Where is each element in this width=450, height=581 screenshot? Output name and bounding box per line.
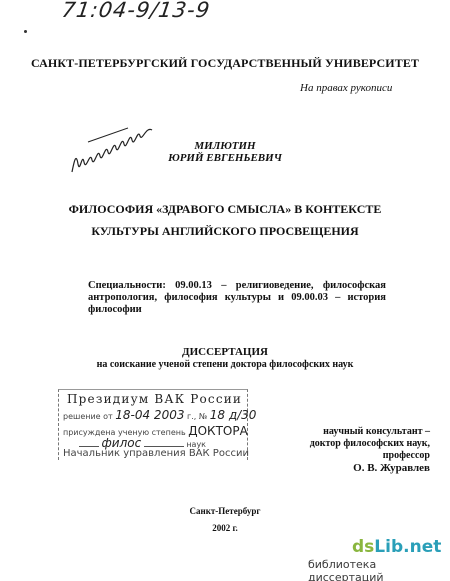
consultant-line-4: О. В. Журавлев [262, 462, 430, 474]
stamp-decision-suffix: г., № [187, 412, 207, 421]
specialties-label: Специальности: [88, 280, 166, 292]
specialty-dash: – [221, 280, 226, 292]
year: 2002 г. [0, 523, 450, 533]
vak-stamp: Президиум ВАК России решение от 18-04 20… [58, 389, 248, 460]
author-surname: МИЛЮТИН [0, 140, 450, 152]
stamp-decision-row: решение от 18-04 2003 г., № 18 д/30 [63, 408, 256, 422]
city: Санкт-Петербург [0, 506, 450, 516]
archive-code: 71:04-9/13-9 [60, 0, 212, 22]
dissertation-title: ФИЛОСОФИЯ «ЗДРАВОГО СМЫСЛА» В КОНТЕКСТЕ … [0, 198, 450, 242]
specialties-line-2: антропология, философия культуры и 09.00… [88, 292, 386, 316]
consultant-line-3: профессор [262, 450, 430, 462]
specialty-word-1: религиоведение, [236, 280, 314, 292]
university-name: САНКТ-ПЕТЕРБУРГСКИЙ ГОСУДАРСТВЕННЫЙ УНИВ… [0, 56, 450, 71]
specialties: Специальности: 09.00.13 – религиоведение… [88, 280, 386, 316]
stamp-title: Президиум ВАК России [67, 392, 242, 406]
watermark-logo-lib: Lib [374, 537, 403, 557]
consultant-block: научный консультант – доктор философских… [262, 426, 430, 474]
title-line-2: КУЛЬТУРЫ АНГЛИЙСКОГО ПРОСВЕЩЕНИЯ [0, 220, 450, 242]
consultant-line-1: научный консультант – [262, 426, 430, 438]
stamp-decision-date: 18-04 2003 [115, 408, 184, 422]
stamp-signatory: Начальник управления ВАК России [63, 448, 249, 459]
watermark-logo-net: .net [403, 537, 441, 557]
rights-note: На правах рукописи [300, 82, 392, 94]
title-line-1: ФИЛОСОФИЯ «ЗДРАВОГО СМЫСЛА» В КОНТЕКСТЕ [0, 198, 450, 220]
watermark-subtitle: библиотека диссертаций [308, 558, 450, 581]
consultant-line-2: доктор философских наук, [262, 438, 430, 450]
author-block: МИЛЮТИН ЮРИЙ ЕВГЕНЬЕВИЧ [0, 140, 450, 164]
watermark-logo-ds: ds [352, 537, 374, 557]
specialties-line-1: Специальности: 09.00.13 – религиоведение… [88, 280, 386, 292]
watermark-logo: dsLib.net [352, 537, 441, 557]
scan-speck [24, 30, 27, 33]
specialty-code-1: 09.00.13 [175, 280, 212, 292]
stamp-decision-number: 18 д/30 [210, 408, 257, 422]
author-name: ЮРИЙ ЕВГЕНЬЕВИЧ [0, 152, 450, 164]
specialty-word-2: философская [323, 280, 386, 292]
dissertation-heading: ДИССЕРТАЦИЯ [0, 346, 450, 358]
dissertation-subtitle: на соискание ученой степени доктора фило… [0, 359, 450, 370]
stamp-decision-label: решение от [63, 412, 113, 421]
